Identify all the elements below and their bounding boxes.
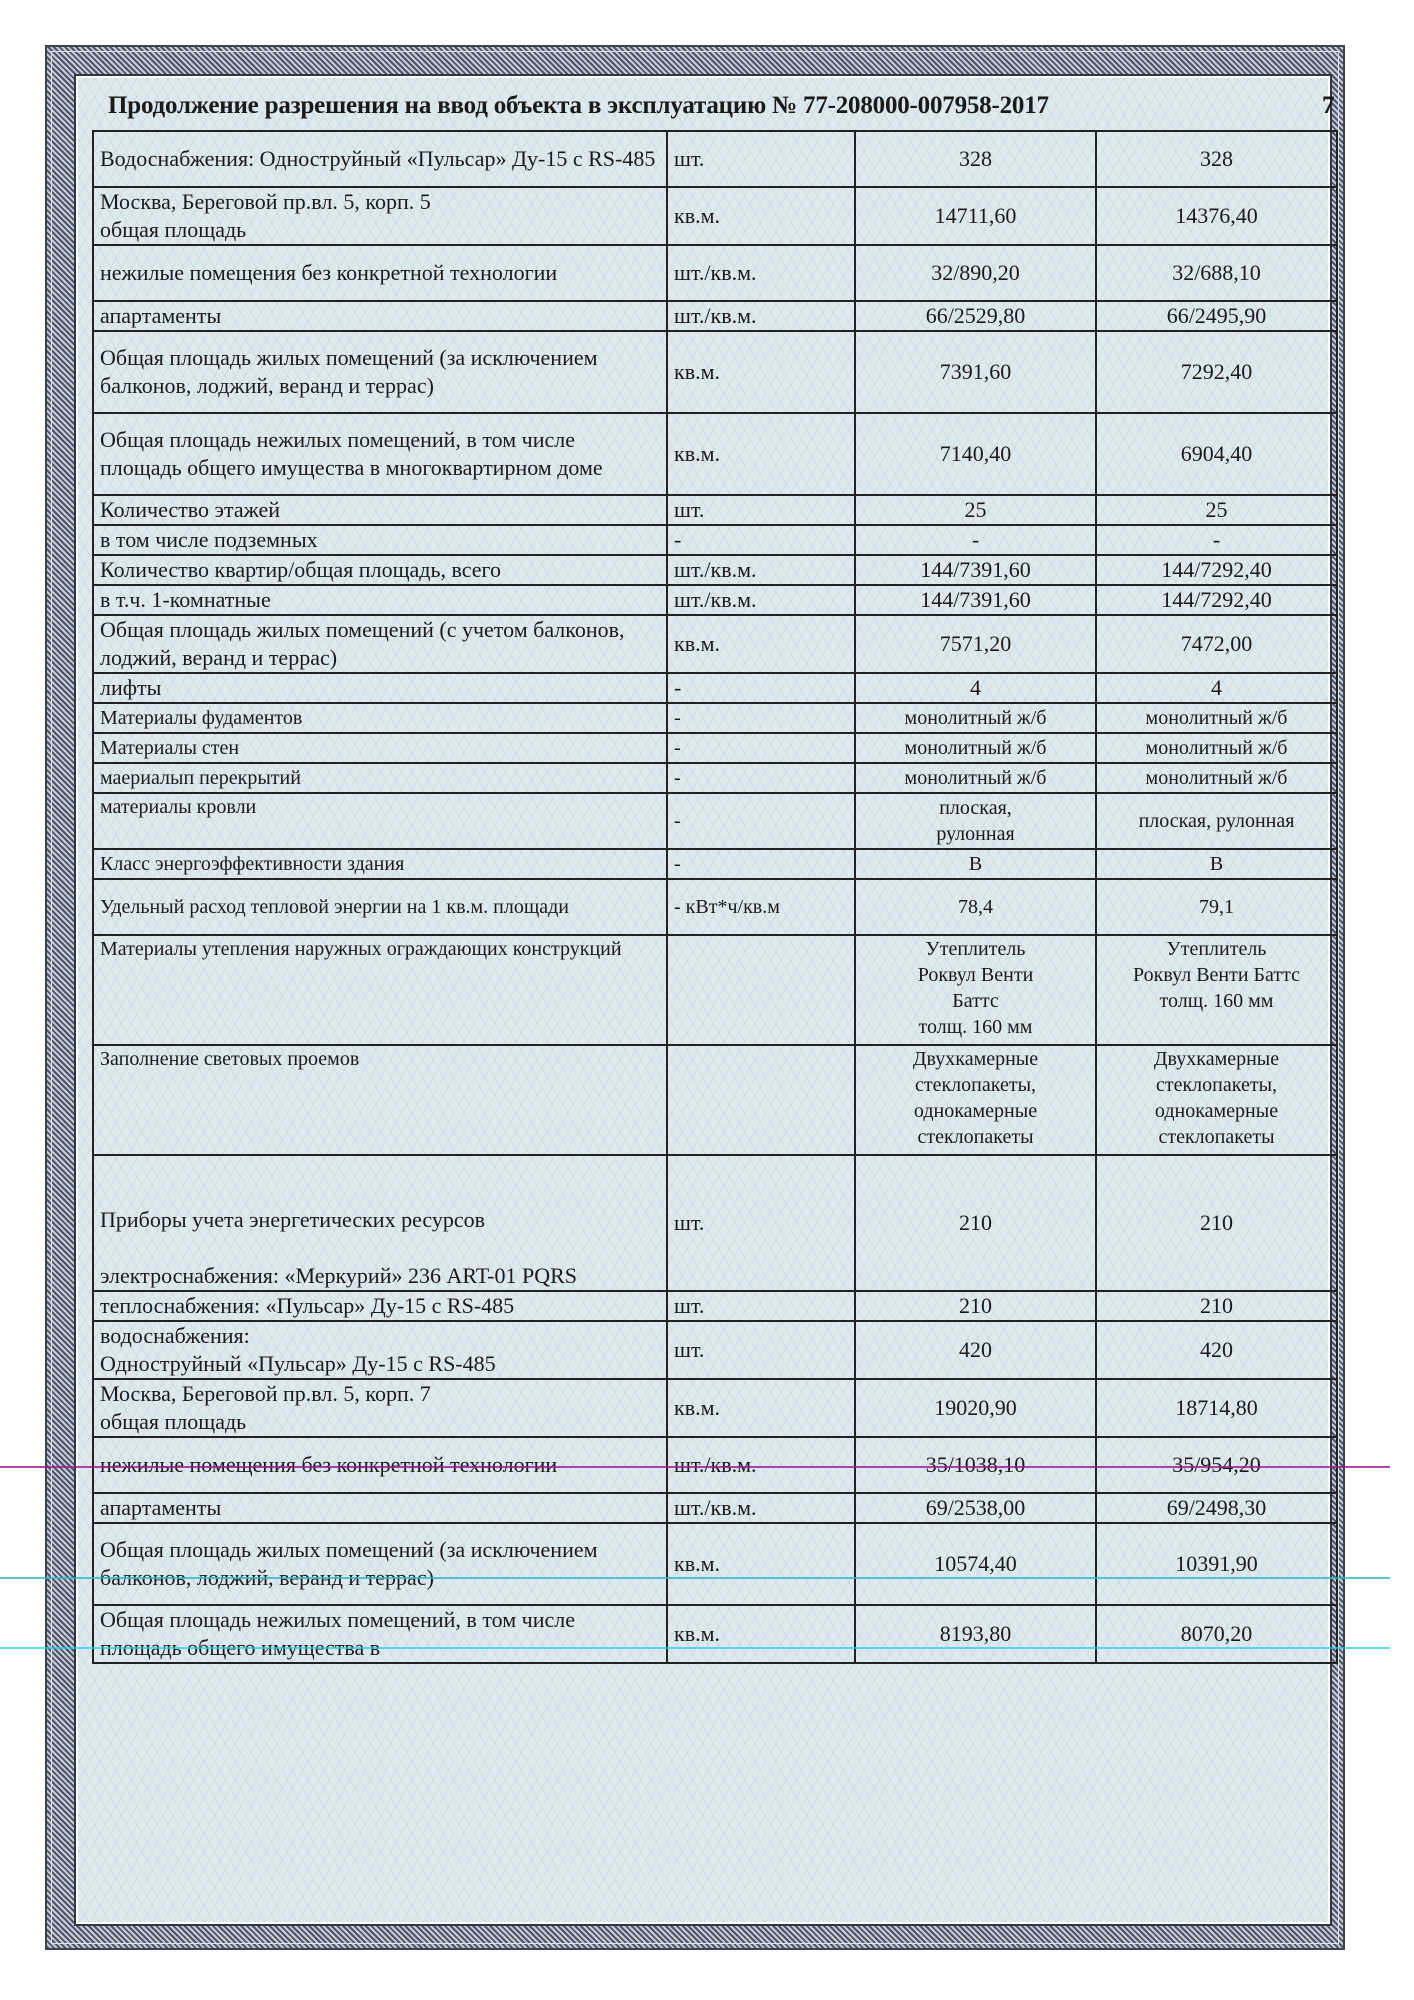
scan-artifact-line — [0, 1647, 1390, 1649]
table-row: Общая площадь жилых помещений (за исключ… — [93, 1523, 1337, 1605]
table-row: Количество квартир/общая площадь, всегош… — [93, 555, 1337, 585]
row-unit: кв.м. — [667, 615, 855, 673]
table-row: Общая площадь нежилых помещений, в том ч… — [93, 413, 1337, 495]
actual-value: монолитный ж/б — [1096, 733, 1337, 763]
project-value: 32/890,20 — [855, 245, 1096, 301]
row-unit: шт./кв.м. — [667, 1493, 855, 1523]
row-label: водоснабжения: Одноструйный «Пульсар» Ду… — [93, 1321, 667, 1379]
project-value: 66/2529,80 — [855, 301, 1096, 331]
row-label: теплоснабжения: «Пульсар» Ду-15 с RS-485 — [93, 1291, 667, 1321]
row-unit: шт. — [667, 1321, 855, 1379]
table-row: Приборы учета энергетических ресурсов эл… — [93, 1155, 1337, 1291]
row-label: Общая площадь нежилых помещений, в том ч… — [93, 1605, 667, 1663]
actual-value: Утеплитель Роквул Венти Баттс толщ. 160 … — [1096, 935, 1337, 1045]
table-row: Водоснабжения: Одноструйный «Пульсар» Ду… — [93, 131, 1337, 187]
row-unit: шт./кв.м. — [667, 555, 855, 585]
project-value: Двухкамерные стеклопакеты, однокамерные … — [855, 1045, 1096, 1155]
project-value: - — [855, 525, 1096, 555]
table-row: нежилые помещения без конкретной техноло… — [93, 245, 1337, 301]
table-row: Общая площадь жилых помещений (за исключ… — [93, 331, 1337, 413]
project-value: 144/7391,60 — [855, 555, 1096, 585]
row-label: Приборы учета энергетических ресурсов эл… — [93, 1155, 667, 1291]
row-label: Материалы стен — [93, 733, 667, 763]
row-unit: шт./кв.м. — [667, 301, 855, 331]
actual-value: B — [1096, 849, 1337, 879]
table-row: маериалып перекрытий-монолитный ж/бмонол… — [93, 763, 1337, 793]
row-label: Общая площадь жилых помещений (за исключ… — [93, 1523, 667, 1605]
actual-value: 69/2498,30 — [1096, 1493, 1337, 1523]
actual-value: 8070,20 — [1096, 1605, 1337, 1663]
row-unit: - — [667, 703, 855, 733]
actual-value: 79,1 — [1096, 879, 1337, 935]
project-value: 420 — [855, 1321, 1096, 1379]
row-unit: - — [667, 733, 855, 763]
actual-value: 7472,00 — [1096, 615, 1337, 673]
row-unit: шт./кв.м. — [667, 245, 855, 301]
table-row: апартаментышт./кв.м.69/2538,0069/2498,30 — [93, 1493, 1337, 1523]
project-value: 210 — [855, 1155, 1096, 1291]
table-row: апартаментышт./кв.м.66/2529,8066/2495,90 — [93, 301, 1337, 331]
row-unit: - — [667, 673, 855, 703]
row-label: Количество этажей — [93, 495, 667, 525]
actual-value: Двухкамерные стеклопакеты, однокамерные … — [1096, 1045, 1337, 1155]
table-row: Общая площадь жилых помещений (с учетом … — [93, 615, 1337, 673]
row-label: в т.ч. 1-комнатные — [93, 585, 667, 615]
table-row: Материалы фудаментов-монолитный ж/бмонол… — [93, 703, 1337, 733]
project-value: 328 — [855, 131, 1096, 187]
project-value: 144/7391,60 — [855, 585, 1096, 615]
actual-value: 25 — [1096, 495, 1337, 525]
actual-value: 210 — [1096, 1155, 1337, 1291]
project-value: 8193,80 — [855, 1605, 1096, 1663]
row-unit: шт. — [667, 1291, 855, 1321]
table-row: водоснабжения: Одноструйный «Пульсар» Ду… — [93, 1321, 1337, 1379]
row-label: Количество квартир/общая площадь, всего — [93, 555, 667, 585]
row-unit: кв.м. — [667, 1523, 855, 1605]
building-parameters-table: Водоснабжения: Одноструйный «Пульсар» Ду… — [92, 130, 1338, 1664]
row-label: Общая площадь нежилых помещений, в том ч… — [93, 413, 667, 495]
actual-value: 66/2495,90 — [1096, 301, 1337, 331]
actual-value: 6904,40 — [1096, 413, 1337, 495]
project-value: 210 — [855, 1291, 1096, 1321]
project-value: 69/2538,00 — [855, 1493, 1096, 1523]
table-row: Москва, Береговой пр.вл. 5, корп. 5 обща… — [93, 187, 1337, 245]
row-unit: - — [667, 525, 855, 555]
actual-value: 10391,90 — [1096, 1523, 1337, 1605]
actual-value: - — [1096, 525, 1337, 555]
scan-artifact-line — [0, 1466, 1390, 1468]
actual-value: 420 — [1096, 1321, 1337, 1379]
actual-value: монолитный ж/б — [1096, 763, 1337, 793]
project-value: 35/1038,10 — [855, 1437, 1096, 1493]
scan-artifact-line — [0, 1577, 1390, 1579]
project-value: 7140,40 — [855, 413, 1096, 495]
row-label: нежилые помещения без конкретной техноло… — [93, 1437, 667, 1493]
actual-value: 32/688,10 — [1096, 245, 1337, 301]
table-row: Класс энергоэффективности здания-BB — [93, 849, 1337, 879]
row-label: Общая площадь жилых помещений (за исключ… — [93, 331, 667, 413]
table-row: Количество этажейшт.2525 — [93, 495, 1337, 525]
row-label: нежилые помещения без конкретной техноло… — [93, 245, 667, 301]
table-row: лифты-44 — [93, 673, 1337, 703]
row-unit: кв.м. — [667, 1379, 855, 1437]
project-value: плоская, рулонная — [855, 793, 1096, 849]
row-unit: кв.м. — [667, 1605, 855, 1663]
row-unit: шт. — [667, 495, 855, 525]
table-row: в т.ч. 1-комнатныешт./кв.м.144/7391,6014… — [93, 585, 1337, 615]
row-label: апартаменты — [93, 1493, 667, 1523]
row-unit: - — [667, 849, 855, 879]
project-value: 25 — [855, 495, 1096, 525]
project-value: монолитный ж/б — [855, 733, 1096, 763]
row-unit: кв.м. — [667, 413, 855, 495]
project-value: монолитный ж/б — [855, 763, 1096, 793]
table-row: Удельный расход тепловой энергии на 1 кв… — [93, 879, 1337, 935]
row-label: Материалы утепления наружных ограждающих… — [93, 935, 667, 1045]
row-label: лифты — [93, 673, 667, 703]
actual-value: 144/7292,40 — [1096, 555, 1337, 585]
table-row: нежилые помещения без конкретной техноло… — [93, 1437, 1337, 1493]
row-unit — [667, 935, 855, 1045]
document-title: Продолжение разрешения на ввод объекта в… — [108, 92, 1049, 120]
row-label: Материалы фудаментов — [93, 703, 667, 733]
actual-value: 14376,40 — [1096, 187, 1337, 245]
row-unit — [667, 1045, 855, 1155]
table-row: Москва, Береговой пр.вл. 5, корп. 7 обща… — [93, 1379, 1337, 1437]
row-label: Водоснабжения: Одноструйный «Пульсар» Ду… — [93, 131, 667, 187]
row-label: Москва, Береговой пр.вл. 5, корп. 5 обща… — [93, 187, 667, 245]
table-row: Общая площадь нежилых помещений, в том ч… — [93, 1605, 1337, 1663]
project-value: 19020,90 — [855, 1379, 1096, 1437]
actual-value: 7292,40 — [1096, 331, 1337, 413]
project-value: 14711,60 — [855, 187, 1096, 245]
table-row: в том числе подземных--- — [93, 525, 1337, 555]
row-unit: кв.м. — [667, 187, 855, 245]
row-label: Москва, Береговой пр.вл. 5, корп. 7 обща… — [93, 1379, 667, 1437]
row-unit: - — [667, 793, 855, 849]
project-value: Утеплитель Роквул Венти Баттс толщ. 160 … — [855, 935, 1096, 1045]
table-row: Материалы стен-монолитный ж/бмонолитный … — [93, 733, 1337, 763]
row-unit: кв.м. — [667, 331, 855, 413]
table-row: Материалы утепления наружных ограждающих… — [93, 935, 1337, 1045]
actual-value: 18714,80 — [1096, 1379, 1337, 1437]
project-value: 10574,40 — [855, 1523, 1096, 1605]
actual-value: 144/7292,40 — [1096, 585, 1337, 615]
actual-value: 210 — [1096, 1291, 1337, 1321]
actual-value: 4 — [1096, 673, 1337, 703]
actual-value: монолитный ж/б — [1096, 703, 1337, 733]
row-unit: шт. — [667, 131, 855, 187]
row-unit: шт. — [667, 1155, 855, 1291]
row-label: Общая площадь жилых помещений (с учетом … — [93, 615, 667, 673]
actual-value: 35/954,20 — [1096, 1437, 1337, 1493]
table-row: Заполнение световых проемовДвухкамерные … — [93, 1045, 1337, 1155]
row-label: апартаменты — [93, 301, 667, 331]
project-value: 78,4 — [855, 879, 1096, 935]
page-number: 7 — [1322, 92, 1335, 120]
project-value: 4 — [855, 673, 1096, 703]
table-row: теплоснабжения: «Пульсар» Ду-15 с RS-485… — [93, 1291, 1337, 1321]
table-row: материалы кровли-плоская, рулоннаяплоска… — [93, 793, 1337, 849]
row-label: Класс энергоэффективности здания — [93, 849, 667, 879]
project-value: 7391,60 — [855, 331, 1096, 413]
actual-value: 328 — [1096, 131, 1337, 187]
row-label: маериалып перекрытий — [93, 763, 667, 793]
project-value: B — [855, 849, 1096, 879]
row-label: Удельный расход тепловой энергии на 1 кв… — [93, 879, 667, 935]
actual-value: плоская, рулонная — [1096, 793, 1337, 849]
row-label: Заполнение световых проемов — [93, 1045, 667, 1155]
row-unit: шт./кв.м. — [667, 1437, 855, 1493]
project-value: монолитный ж/б — [855, 703, 1096, 733]
row-unit: - кВт*ч/кв.м — [667, 879, 855, 935]
row-unit: шт./кв.м. — [667, 585, 855, 615]
row-label: материалы кровли — [93, 793, 667, 849]
row-label: в том числе подземных — [93, 525, 667, 555]
row-unit: - — [667, 763, 855, 793]
project-value: 7571,20 — [855, 615, 1096, 673]
